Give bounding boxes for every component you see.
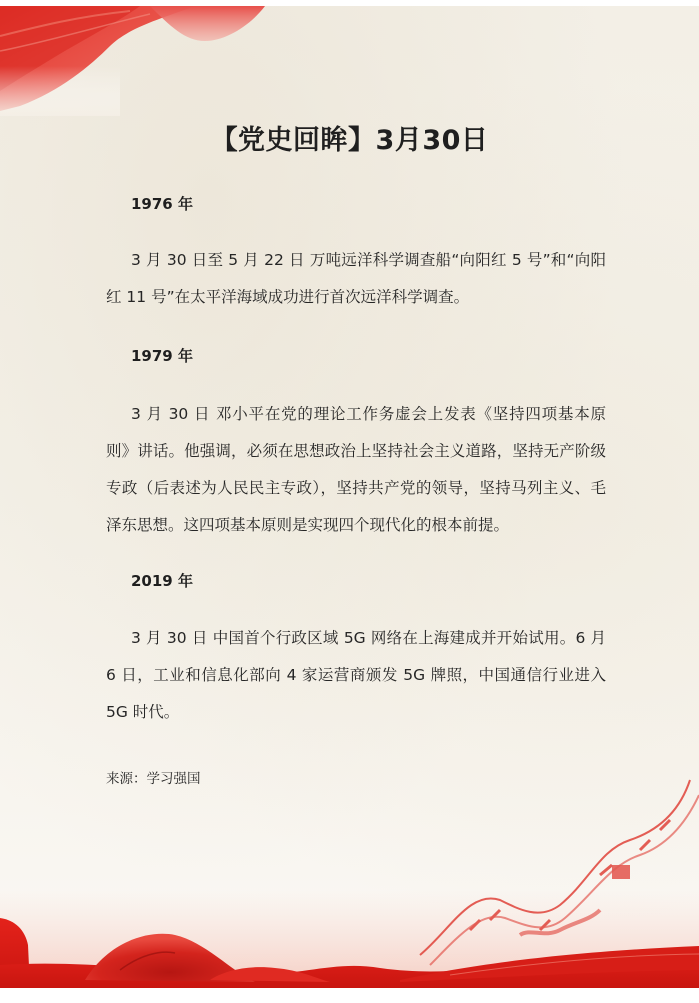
year-heading-2019: 2019 年 (131, 570, 193, 591)
year-heading-1979: 1979 年 (131, 345, 193, 366)
great-wall-illustration (420, 780, 699, 965)
document-page: 【党史回眸】3月30日 1976 年 3 月 30 日至 5 月 22 日 万吨… (0, 6, 699, 1000)
red-ribbon-bottom-decoration (0, 770, 699, 1000)
source-credit: 来源：学习强国 (106, 767, 201, 787)
page-title: 【党史回眸】3月30日 (0, 118, 699, 157)
entry-paragraph-1976: 3 月 30 日至 5 月 22 日 万吨远洋科学调查船“向阳红 5 号”和“向… (106, 242, 606, 316)
red-ribbon-top-decoration (0, 6, 280, 116)
entry-paragraph-1979: 3 月 30 日 邓小平在党的理论工作务虚会上发表《坚持四项基本原则》讲话。他强… (106, 396, 606, 544)
entry-paragraph-2019: 3 月 30 日 中国首个行政区域 5G 网络在上海建成并开始试用。6 月 6 … (106, 620, 606, 731)
year-heading-1976: 1976 年 (131, 193, 193, 214)
